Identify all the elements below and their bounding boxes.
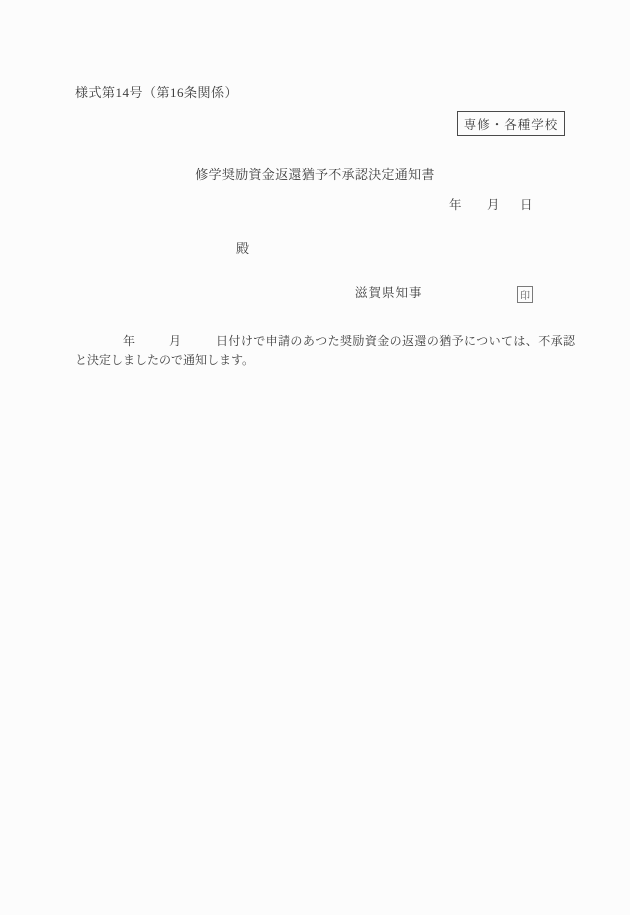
- form-number: 様式第14号（第16条関係）: [75, 82, 238, 101]
- body-paragraph: 年 月 日付けで申請のあつた奨励資金の返還の猶予については、不承認 と決定しまし…: [75, 332, 557, 370]
- sender-name: 滋賀県知事: [355, 283, 423, 301]
- date-year-label: 年: [449, 195, 462, 213]
- body-year-label: 年: [123, 334, 135, 348]
- document-page: 様式第14号（第16条関係） 専修・各種学校 修学奨励資金返還猶予不承認決定通知…: [0, 0, 630, 915]
- date-day-label: 日: [520, 195, 533, 213]
- date-month-label: 月: [487, 195, 500, 213]
- seal-label: 印: [520, 287, 530, 302]
- school-category-box: 専修・各種学校: [457, 111, 565, 136]
- document-title: 修学奨励資金返還猶予不承認決定通知書: [0, 164, 630, 183]
- body-line-1: 年 月 日付けで申請のあつた奨励資金の返還の猶予については、不承認: [75, 332, 557, 351]
- body-month-label: 月: [169, 334, 181, 348]
- body-line1-text: 日付けで申請のあつた奨励資金の返還の猶予については、不承認: [216, 334, 575, 348]
- addressee-suffix: 殿: [236, 238, 249, 257]
- body-line-2: と決定しましたので通知します。: [75, 351, 557, 370]
- school-category-label: 専修・各種学校: [464, 115, 559, 133]
- seal-placeholder-box: 印: [517, 286, 533, 303]
